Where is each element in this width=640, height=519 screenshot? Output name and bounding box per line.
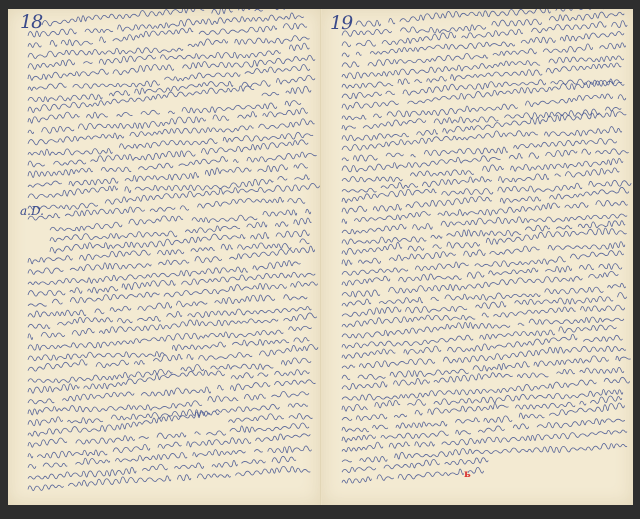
handwriting-line xyxy=(28,32,315,62)
handwriting-line xyxy=(27,81,311,113)
handwriting-line xyxy=(27,20,311,49)
handwriting-line xyxy=(341,226,631,257)
handwriting-line xyxy=(28,74,316,104)
handwriting-line xyxy=(28,42,317,73)
handwriting-left xyxy=(8,9,320,505)
handwriting-line xyxy=(28,356,320,386)
handwriting-line xyxy=(342,145,629,173)
handwriting-line xyxy=(342,186,629,215)
handwriting-line xyxy=(28,139,309,168)
handwriting-line xyxy=(342,10,625,40)
handwriting-line xyxy=(342,301,625,330)
handwriting-line xyxy=(28,238,310,268)
handwriting-line xyxy=(28,389,310,419)
handwriting-line xyxy=(28,464,311,492)
handwriting-line xyxy=(28,420,315,449)
handwriting-line xyxy=(342,31,625,58)
right-page: 19 xyxy=(321,9,633,505)
handwriting-line xyxy=(342,290,633,320)
handwriting-line xyxy=(342,72,625,105)
left-page: 18 a.D. xyxy=(8,9,321,505)
handwriting-line xyxy=(28,182,320,213)
handwriting-line xyxy=(28,64,311,95)
handwriting-right xyxy=(322,9,633,505)
handwriting-line xyxy=(356,9,628,28)
handwriting-line xyxy=(50,206,312,234)
handwriting-line xyxy=(28,279,318,307)
handwriting-line xyxy=(342,260,622,289)
handwriting-line xyxy=(28,335,310,366)
handwriting-line xyxy=(28,130,320,160)
handwriting-line xyxy=(28,11,310,38)
red-correction-mark: ь xyxy=(464,471,471,479)
handwriting-line xyxy=(341,78,622,110)
handwriting-line xyxy=(342,322,623,350)
handwriting-line xyxy=(342,20,628,49)
handwriting-line xyxy=(27,363,309,394)
handwriting-line xyxy=(342,197,628,225)
handwriting-line xyxy=(28,311,320,340)
handwriting-line xyxy=(28,399,308,427)
handwriting-line xyxy=(28,442,312,471)
handwriting-line xyxy=(342,156,624,185)
handwriting-line xyxy=(342,239,625,268)
handwriting-line xyxy=(342,208,628,237)
handwriting-line xyxy=(28,378,316,406)
handwriting-line xyxy=(28,162,308,191)
